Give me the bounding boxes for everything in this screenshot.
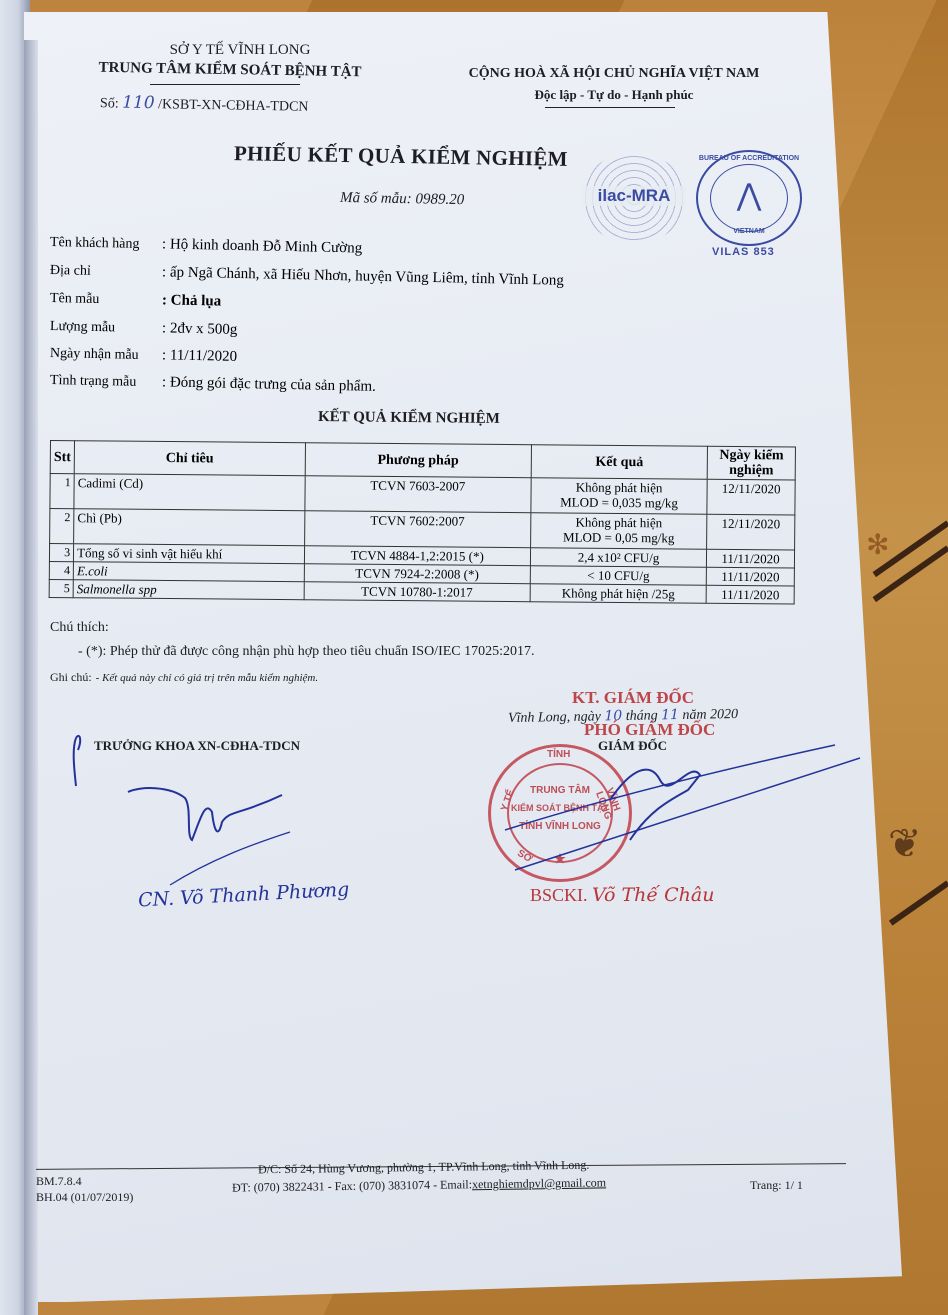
form-version: BH.04 (01/07/2019) [36, 1190, 133, 1205]
director-name: Võ Thế Châu [592, 884, 714, 906]
form-code: BM.7.8.4 [36, 1174, 82, 1189]
footer-email-link[interactable]: xetnghiemdpvl@gmail.com [472, 1175, 606, 1191]
footer-phone-fax: ĐT: (070) 3822431 - Fax: (070) 3831074 -… [232, 1177, 472, 1194]
signature-strokes [0, 0, 948, 1315]
page-label: Trang: [750, 1178, 782, 1192]
director-signer: BSCKI. Võ Thế Châu [530, 884, 714, 906]
director-degree: BSCKI. [530, 885, 588, 905]
department-head-title: TRƯỞNG KHOA XN-CĐHA-TDCN [94, 738, 300, 754]
page-value: 1/ 1 [785, 1178, 803, 1192]
page-indicator: Trang: 1/ 1 [750, 1178, 803, 1193]
